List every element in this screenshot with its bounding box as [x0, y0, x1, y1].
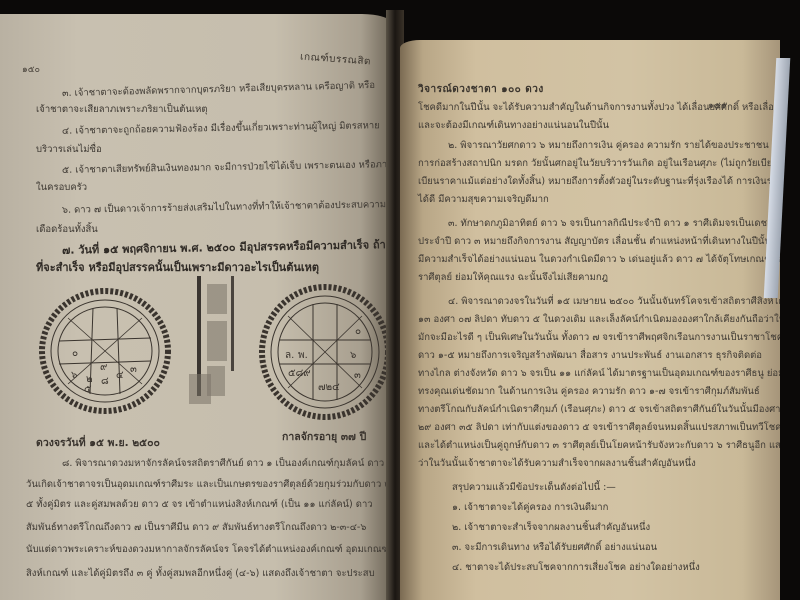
- svg-text:๗๒๔: ๗๒๔: [318, 382, 340, 393]
- open-book: ๑๕๐ เกณฑ์บรรณสิต ๓. เจ้าชาตาจะต้องพลัดพร…: [0, 0, 800, 600]
- text-line: การก่อสร้างสถาปนิก มรดก วัยนั้นศกอยู่ในว…: [418, 158, 778, 170]
- text-line: ๗. วันที่ ๑๕ พฤศจิกายน พ.ศ. ๒๕๐๐ มีอุปสร…: [62, 239, 386, 257]
- text-line: เบียนราคาแม้แต่อย่างใดทั้งสิ้น) หมายถึงก…: [418, 176, 780, 188]
- svg-text:๖: ๖: [71, 370, 77, 381]
- svg-text:๖: ๖: [350, 350, 356, 361]
- right-running-head: วิจารณ์ดวงชาตา ๑๐๐ ดวง: [418, 82, 544, 97]
- svg-text:๕: ๕: [84, 384, 92, 395]
- text-line: นับแต่ดาวพระเคราะห์ของดวงมหากาลจักรลัคน์…: [26, 544, 389, 556]
- summary-intro: สรุปความแล้วมีข้อประเด็นดังต่อไปนี้ :—: [452, 482, 616, 494]
- text-line: มักจะมีอะไรดี ๆ เป็นพิเศษในวันนั้น ทั้งด…: [418, 332, 780, 344]
- text-line: สิงห์เกณฑ์ และได้คู่มิตรถึง ๓ คู่ ทั้งคู…: [26, 568, 375, 580]
- left-running-head: เกณฑ์บรรณสิต: [300, 50, 372, 70]
- text-line: ดาว ๑-๕ หมายถึงการเจริญสร้างพัฒนา สื่อสา…: [418, 350, 762, 362]
- text-line: บริวารเล่นไม่ซื่อ: [36, 144, 102, 156]
- svg-text:๙: ๙: [100, 362, 107, 373]
- summary-item: ๒. เจ้าชาตาจะสำเร็จจากผลงานชิ้นสำคัญอันห…: [452, 522, 650, 534]
- summary-item: ๔. ชาตาจะได้ประสบโชคจากการเสี่ยงโชค อย่า…: [452, 562, 700, 574]
- text-line: ทางตรีโกณกับลัคน์กำเนิดราศีกุมภ์ (เรือนศ…: [418, 404, 780, 416]
- text-line: ๒. พิจารณาวัยศกดาว ๖ หมายถึงการเงิน คู่ค…: [448, 140, 769, 152]
- text-line: ๑๓ องศา ๐๗ ลิปดา ทับดาว ๕ ในดวงเดิม และเ…: [418, 314, 780, 326]
- svg-text:พ.: พ.: [298, 350, 308, 361]
- summary-item: ๓. จะมีการเดินทาง หรือได้รับยศศักดิ์ อย่…: [452, 542, 657, 554]
- text-line: ๘. พิจารณาดวงมหาจักรลัคน์จรสถิตราศีกันย์…: [62, 458, 384, 470]
- svg-text:ล.: ล.: [285, 350, 294, 361]
- svg-text:๘: ๘: [101, 376, 109, 387]
- svg-text:๓: ๓: [354, 370, 361, 381]
- text-line: มีความสำเร็จได้อย่างแน่นอน ในดวงกำเนิดมี…: [418, 254, 780, 266]
- text-line: ทรงคุณเด่นชัดมาก ในด้านการเงิน คู่ครอง ค…: [418, 386, 760, 398]
- text-line: ได้ดี มีความสุขความเจริญดีมาก: [418, 194, 549, 206]
- text-line: วันเกิดเจ้าชาตาจรเป็นอุดมเกณฑ์ราศีมระ แล…: [26, 479, 392, 491]
- text-line: ราศีตุลย์ ย่อมให้คุณแรง ฉะนั้นจึงไม่เสีย…: [418, 272, 608, 284]
- text-line: และจะต้องมีเกณฑ์เดินทางอย่างแน่นอนในปีนั…: [418, 120, 609, 132]
- text-line: โชคดีมากในปีนั้น จะได้รับความสำคัญในด้าน…: [418, 102, 780, 114]
- text-line: ทางไกล ต่างจังหวัด ดาว ๖ จรเป็น ๑๑ แก่ลั…: [418, 368, 780, 380]
- text-line: ๕ ทั้งคู่มิตร และคู่สมพลด้วย ดาว ๕ จร เข…: [26, 499, 373, 511]
- left-page: ๑๕๐ เกณฑ์บรรณสิต ๓. เจ้าชาตาจะต้องพลัดพร…: [0, 14, 392, 600]
- svg-text:๔: ๔: [116, 370, 124, 381]
- birth-chart-caption: ดวงจรวันที่ ๑๕ พ.ย. ๒๕๐๐: [36, 434, 160, 451]
- svg-text:๕๘๙: ๕๘๙: [288, 368, 311, 379]
- text-line: ๔. พิจารณาดวงจรในวันที่ ๑๕ เมษายน ๒๕๐๐ ว…: [448, 296, 780, 308]
- right-page: วิจารณ์ดวงชาตา ๑๐๐ ดวง ๑๕๑ โชคดีมากในปีน…: [400, 40, 780, 600]
- text-line: ที่จะสำเร็จ หรือมีอุปสรรคนั้นเป็นเพราะมี…: [36, 262, 319, 274]
- text-line: ๕. เจ้าชาตาเสียทรัพย์สินเงินทองมาก จะมีก…: [62, 159, 392, 177]
- birth-chart: ๐ ๖ ๒ ๙ ๘ ๔ ๓ ๕: [38, 286, 173, 416]
- text-line: เจ้าชาตาจะเสียลาภเพราะภริยาเป็นต้นเหตุ: [36, 104, 208, 116]
- left-page-number: ๑๕๐: [22, 62, 40, 76]
- svg-text:๐: ๐: [72, 348, 78, 359]
- faded-stamp-strip: [185, 276, 245, 426]
- text-line: ๒๙ องศา ๓๕ ลิปดา เท่ากับแต่งของดาว ๕ จรเ…: [418, 422, 780, 434]
- summary-item: ๑. เจ้าชาตาจะได้คู่ครอง การเงินดีมาก: [452, 502, 608, 514]
- text-line: ประจำปี ดาว ๓ หมายถึงกิจการงาน สัญญาบัตร…: [418, 236, 780, 248]
- text-line: เดือดร้อนทั้งสิ้น: [36, 224, 98, 236]
- svg-text:๐: ๐: [355, 326, 361, 337]
- svg-text:๓: ๓: [130, 364, 137, 375]
- text-line: ว่าในวันนั้นเจ้าชาตาจะได้รับความสำเร็จจา…: [418, 458, 696, 470]
- text-line: ๔. เจ้าชาตาจะถูกถ้อยความฟ้องร้อง มีเรื่อ…: [62, 120, 380, 138]
- text-line: ๓. ทักษาดกภูมิอาทิตย์ ดาว ๖ จรเป็นกาลกิณ…: [448, 218, 767, 230]
- text-line: ในครอบครัว: [36, 182, 87, 194]
- text-line: ๖. ดาว ๗ เป็นดาวเจ้าการร้ายส่งเสริมไปในท…: [62, 199, 386, 217]
- text-line: ๓. เจ้าชาตาจะต้องพลัดพรากจากบุตรภริยา หร…: [62, 80, 375, 100]
- kalachakra-chart: ๐ ๖ ๓ ล. พ. ๕๘๙ ๗๒๔: [258, 282, 392, 422]
- kalachakra-chart-caption: กาลจักรอายุ ๓๗ ปี: [282, 428, 366, 445]
- text-line: และได้ตำแหน่งเป็นคู่ถูกษ์กับดาว ๓ ราศีตุ…: [418, 440, 780, 452]
- text-line: สัมพันธ์ทางตรีโกณถึงดาว ๗ เป็นราศีมีน ดา…: [26, 522, 366, 534]
